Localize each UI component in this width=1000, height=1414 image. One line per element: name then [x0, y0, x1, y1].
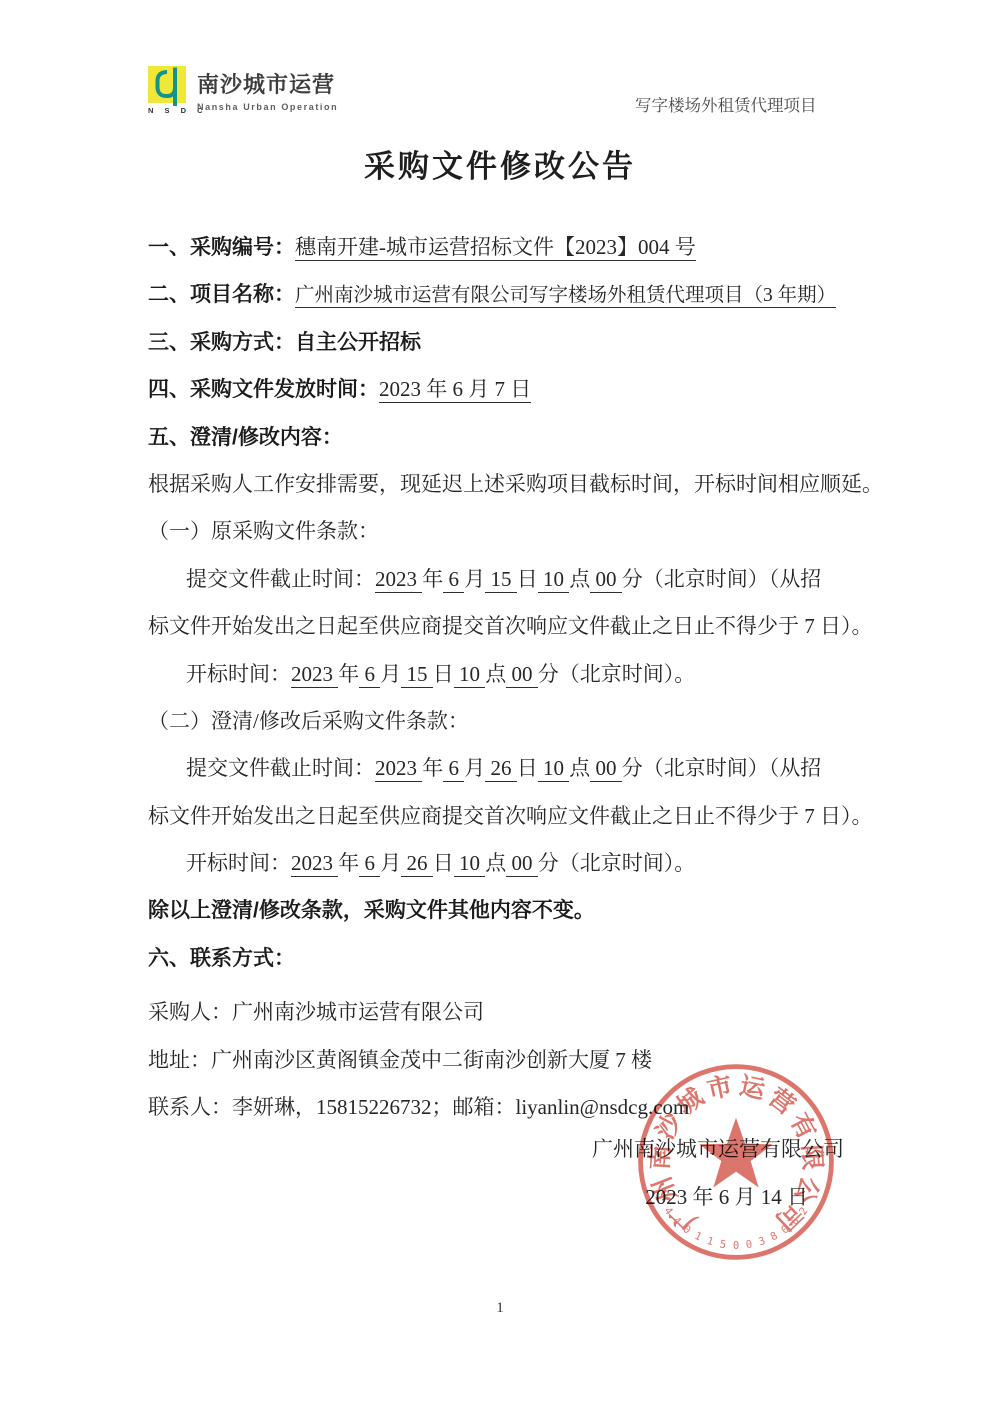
static-text: 年 — [422, 567, 443, 591]
document-page: N S D C 南沙城市运营 Nansha Urban Operation 写字… — [0, 0, 1000, 1414]
svg-text:4: 4 — [670, 1215, 683, 1228]
static-text: 年 — [338, 851, 359, 875]
document-title: 采购文件修改公告 — [0, 141, 1000, 186]
section2-deadline-line: 提交文件截止时间：2023 年 6 月 26 日 10 点 00 分（北京时间）… — [148, 745, 860, 792]
static-text: 开标时间： — [186, 851, 291, 875]
company-logo: N S D C — [148, 66, 188, 115]
item-value: 广州南沙城市运营有限公司写字楼场外租赁代理项目（3 年期） — [295, 285, 836, 308]
section2-opening-line: 开标时间：2023 年 6 月 26 日 10 点 00 分（北京时间）。 — [148, 840, 860, 887]
item-procurement-method: 三、采购方式：自主公开招标 — [148, 319, 860, 366]
svg-text:0: 0 — [681, 1223, 693, 1236]
blank-filled-value: 2023 — [291, 851, 338, 877]
item-issue-date: 四、采购文件发放时间：2023 年 6 月 7 日 — [148, 366, 860, 413]
blank-filled-value: 10 — [538, 567, 570, 593]
item-clarification-heading: 五、澄清/修改内容： — [148, 414, 860, 461]
item-label: 三、采购方式： — [148, 331, 295, 354]
item-procurement-number: 一、采购编号：穗南开建-城市运营招标文件【2023】004 号 — [148, 224, 860, 271]
blank-filled-value: 6 — [359, 851, 380, 877]
blank-filled-value: 2023 — [375, 756, 422, 782]
header-project-name: 写字楼场外租赁代理项目 — [635, 92, 817, 116]
static-text: 提交文件截止时间： — [186, 567, 375, 591]
brand-name-cn: 南沙城市运营 — [197, 68, 338, 99]
logo-hook-icon — [148, 66, 186, 108]
blank-filled-value: 10 — [454, 851, 486, 877]
item-value: 自主公开招标 — [295, 331, 421, 354]
svg-text:3: 3 — [757, 1235, 767, 1248]
static-text: 月 — [380, 662, 401, 686]
blank-filled-value: 6 — [443, 756, 464, 782]
blank-filled-value: 15 — [401, 662, 433, 688]
contact-person: 联系人：李妍琳，15815226732；邮箱：liyanlin@nsdcg.co… — [148, 1084, 860, 1131]
blank-filled-value: 10 — [454, 662, 486, 688]
static-text: 点 — [485, 662, 506, 686]
static-text: 年 — [338, 662, 359, 686]
blank-filled-value: 10 — [538, 756, 570, 782]
section1-opening-line: 开标时间：2023 年 6 月 15 日 10 点 00 分（北京时间）。 — [148, 651, 860, 698]
item-project-name: 二、项目名称：广州南沙城市运营有限公司写字楼场外租赁代理项目（3 年期） — [148, 271, 860, 318]
static-text: 分（北京时间）（从招 — [622, 567, 822, 591]
svg-text:0: 0 — [733, 1240, 739, 1252]
static-text: 开标时间： — [186, 662, 291, 686]
contact-address: 地址：广州南沙区黄阁镇金茂中二街南沙创新大厦 7 楼 — [148, 1037, 860, 1084]
section1-deadline-line: 提交文件截止时间：2023 年 6 月 15 日 10 点 00 分（北京时间）… — [148, 556, 860, 603]
svg-text:6: 6 — [789, 1215, 802, 1228]
blank-filled-value: 26 — [401, 851, 433, 877]
blank-filled-value: 00 — [590, 756, 622, 782]
blank-filled-value: 00 — [590, 567, 622, 593]
contact-heading: 六、联系方式： — [148, 935, 860, 982]
static-text: 年 — [422, 756, 443, 780]
item-value: 2023 年 6 月 7 日 — [379, 377, 531, 403]
static-text: 月 — [464, 756, 485, 780]
static-text: 提交文件截止时间： — [186, 756, 375, 780]
document-body: 一、采购编号：穗南开建-城市运营招标文件【2023】004 号 二、项目名称：广… — [148, 224, 860, 1131]
blank-filled-value: 26 — [485, 756, 517, 782]
section2-continuation-line: 标文件开始发出之日起至供应商提交首次响应文件截止之日止不得少于 7 日）。 — [148, 793, 860, 840]
svg-text:1: 1 — [692, 1230, 703, 1244]
contact-purchaser: 采购人：广州南沙城市运营有限公司 — [148, 989, 860, 1036]
blank-filled-value: 2023 — [375, 567, 422, 593]
item-label: 四、采购文件发放时间： — [148, 378, 379, 401]
svg-text:0: 0 — [779, 1223, 791, 1236]
blank-filled-value: 6 — [359, 662, 380, 688]
svg-text:5: 5 — [719, 1238, 727, 1251]
static-text: 点 — [569, 756, 590, 780]
svg-text:1: 1 — [705, 1235, 715, 1248]
static-text: 分（北京时间）（从招 — [622, 756, 822, 780]
brand-name-en: Nansha Urban Operation — [197, 102, 338, 112]
static-text: 月 — [464, 567, 485, 591]
blank-filled-value: 2023 — [291, 662, 338, 688]
blank-filled-value: 00 — [506, 851, 538, 877]
blank-filled-value: 00 — [506, 662, 538, 688]
static-text: 点 — [569, 567, 590, 591]
section1-continuation-line: 标文件开始发出之日起至供应商提交首次响应文件截止之日止不得少于 7 日）。 — [148, 603, 860, 650]
static-text: 月 — [380, 851, 401, 875]
static-text: 分（北京时间）。 — [538, 662, 696, 686]
section1-heading: （一）原采购文件条款： — [148, 508, 860, 555]
page-number: 1 — [0, 1300, 1000, 1317]
item-label: 一、采购编号： — [148, 236, 295, 259]
section2-heading: （二）澄清/修改后采购文件条款： — [148, 698, 860, 745]
brand-text-block: 南沙城市运营 Nansha Urban Operation — [197, 68, 338, 112]
static-text: 日 — [517, 567, 538, 591]
static-text: 点 — [485, 851, 506, 875]
closing-statement: 除以上澄清/修改条款，采购文件其他内容不变。 — [148, 887, 860, 934]
logo-mark-icon — [148, 66, 186, 103]
static-text: 日 — [433, 662, 454, 686]
item-value: 穗南开建-城市运营招标文件【2023】004 号 — [295, 235, 696, 261]
intro-paragraph: 根据采购人工作安排需要，现延迟上述采购项目截标时间，开标时间相应顺延。 — [148, 461, 860, 508]
item-label: 二、项目名称： — [148, 283, 295, 306]
static-text: 日 — [517, 756, 538, 780]
svg-text:8: 8 — [768, 1230, 779, 1244]
signature-company: 广州南沙城市运营有限公司 — [592, 1133, 844, 1163]
blank-filled-value: 6 — [443, 567, 464, 593]
static-text: 日 — [433, 851, 454, 875]
blank-filled-value: 15 — [485, 567, 517, 593]
svg-text:0: 0 — [745, 1238, 753, 1251]
signature-date: 2023 年 6 月 14 日 — [645, 1181, 808, 1211]
static-text: 分（北京时间）。 — [538, 851, 696, 875]
